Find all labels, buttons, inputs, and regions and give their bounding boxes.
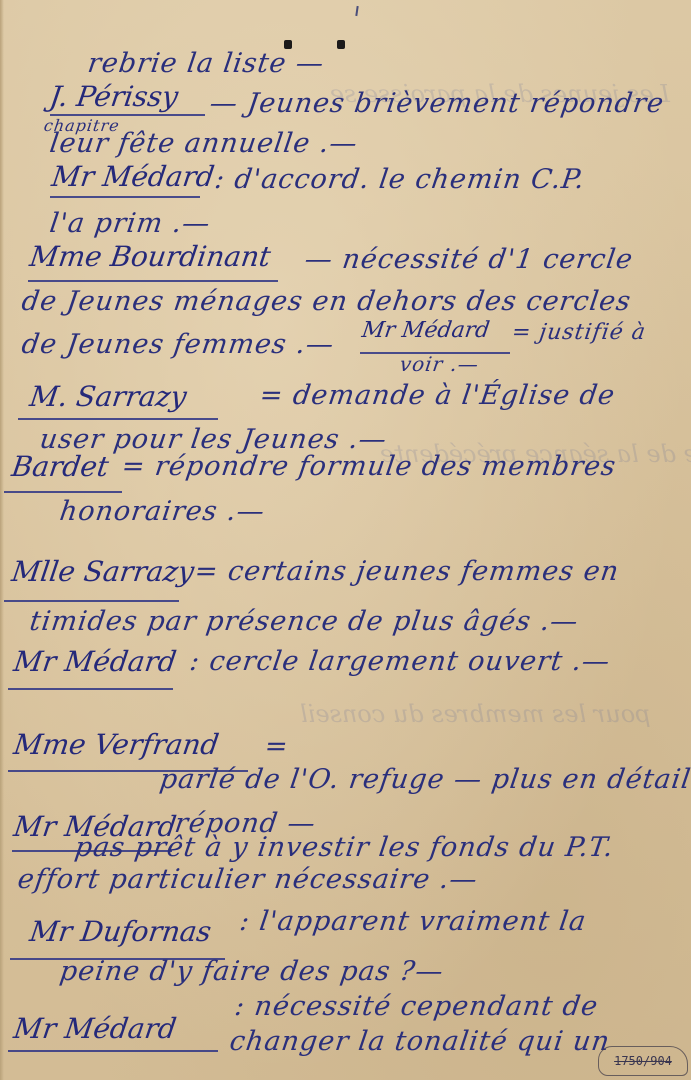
text-line: pas prêt à y investir les fonds du P.T.	[73, 832, 616, 863]
page-edge	[0, 0, 4, 1080]
text-line: parlé de l'O. refuge — plus en détail	[158, 764, 691, 795]
text-line: = demande à l'Église de	[258, 380, 617, 411]
text-line: rebrie la liste —	[86, 48, 326, 79]
speaker-name: M. Sarrazy	[28, 380, 189, 413]
text-line: — Jeunes brièvement répondre	[208, 88, 666, 119]
text-line: de Jeunes ménages en dehors des cercles	[20, 286, 633, 317]
text-line: : d'accord. le chemin C.P.	[213, 164, 587, 195]
text-line: peine d'y faire des pas ?—	[58, 956, 446, 987]
text-line: : nécessité cependant de	[233, 991, 600, 1022]
text-line: timides par présence de plus âgés .—	[28, 606, 581, 637]
speaker-underline	[28, 280, 278, 282]
speaker-name: Mr Médard	[12, 645, 179, 678]
speaker-underline	[50, 196, 200, 198]
speaker-name: Mr Médard	[12, 1012, 179, 1045]
show-through-text: pour les membres du conseil	[300, 700, 651, 728]
binding-hole	[337, 40, 345, 49]
speaker-name: J. Périssy	[48, 80, 181, 113]
text-line: : cercle largement ouvert .—	[188, 646, 612, 677]
speaker-underline	[4, 600, 179, 602]
text-line: = répondre formule des membres	[120, 451, 618, 482]
text-line: leur fête annuelle .—	[48, 128, 360, 159]
text-line: = certains jeunes femmes en	[193, 556, 621, 587]
text-line: : l'apparent vraiment la	[238, 906, 589, 937]
pen-mark	[355, 6, 358, 16]
text-line: = justifié à	[510, 320, 647, 345]
manuscript-page: Les jeunes de la paroisse se lecture de …	[0, 0, 691, 1080]
text-line: — nécessité d'1 cercle	[303, 244, 635, 275]
text-line: voir .—	[398, 352, 480, 376]
text-line: honoraires .—	[58, 496, 267, 527]
speaker-name: Mme Bourdinant	[28, 240, 273, 273]
speaker-name: Mlle Sarrazy	[10, 555, 197, 588]
speaker-name: Mr Médard	[360, 318, 491, 343]
text-line: =	[263, 731, 291, 762]
speaker-name: Mr Médard	[50, 160, 217, 193]
speaker-name: Mme Verfrand	[12, 728, 221, 761]
text-line: changer la tonalité qui un	[228, 1026, 612, 1057]
speaker-underline	[4, 491, 122, 493]
speaker-underline	[8, 688, 173, 690]
speaker-name: Mr Dufornas	[28, 915, 214, 948]
text-line: l'a prim .—	[48, 208, 213, 239]
text-line: effort particulier nécessaire .—	[16, 864, 480, 895]
speaker-underline	[8, 1050, 218, 1052]
text-line: de Jeunes femmes .—	[20, 329, 336, 360]
speaker-underline	[18, 418, 218, 420]
archive-stamp: 1750/904	[598, 1046, 688, 1076]
